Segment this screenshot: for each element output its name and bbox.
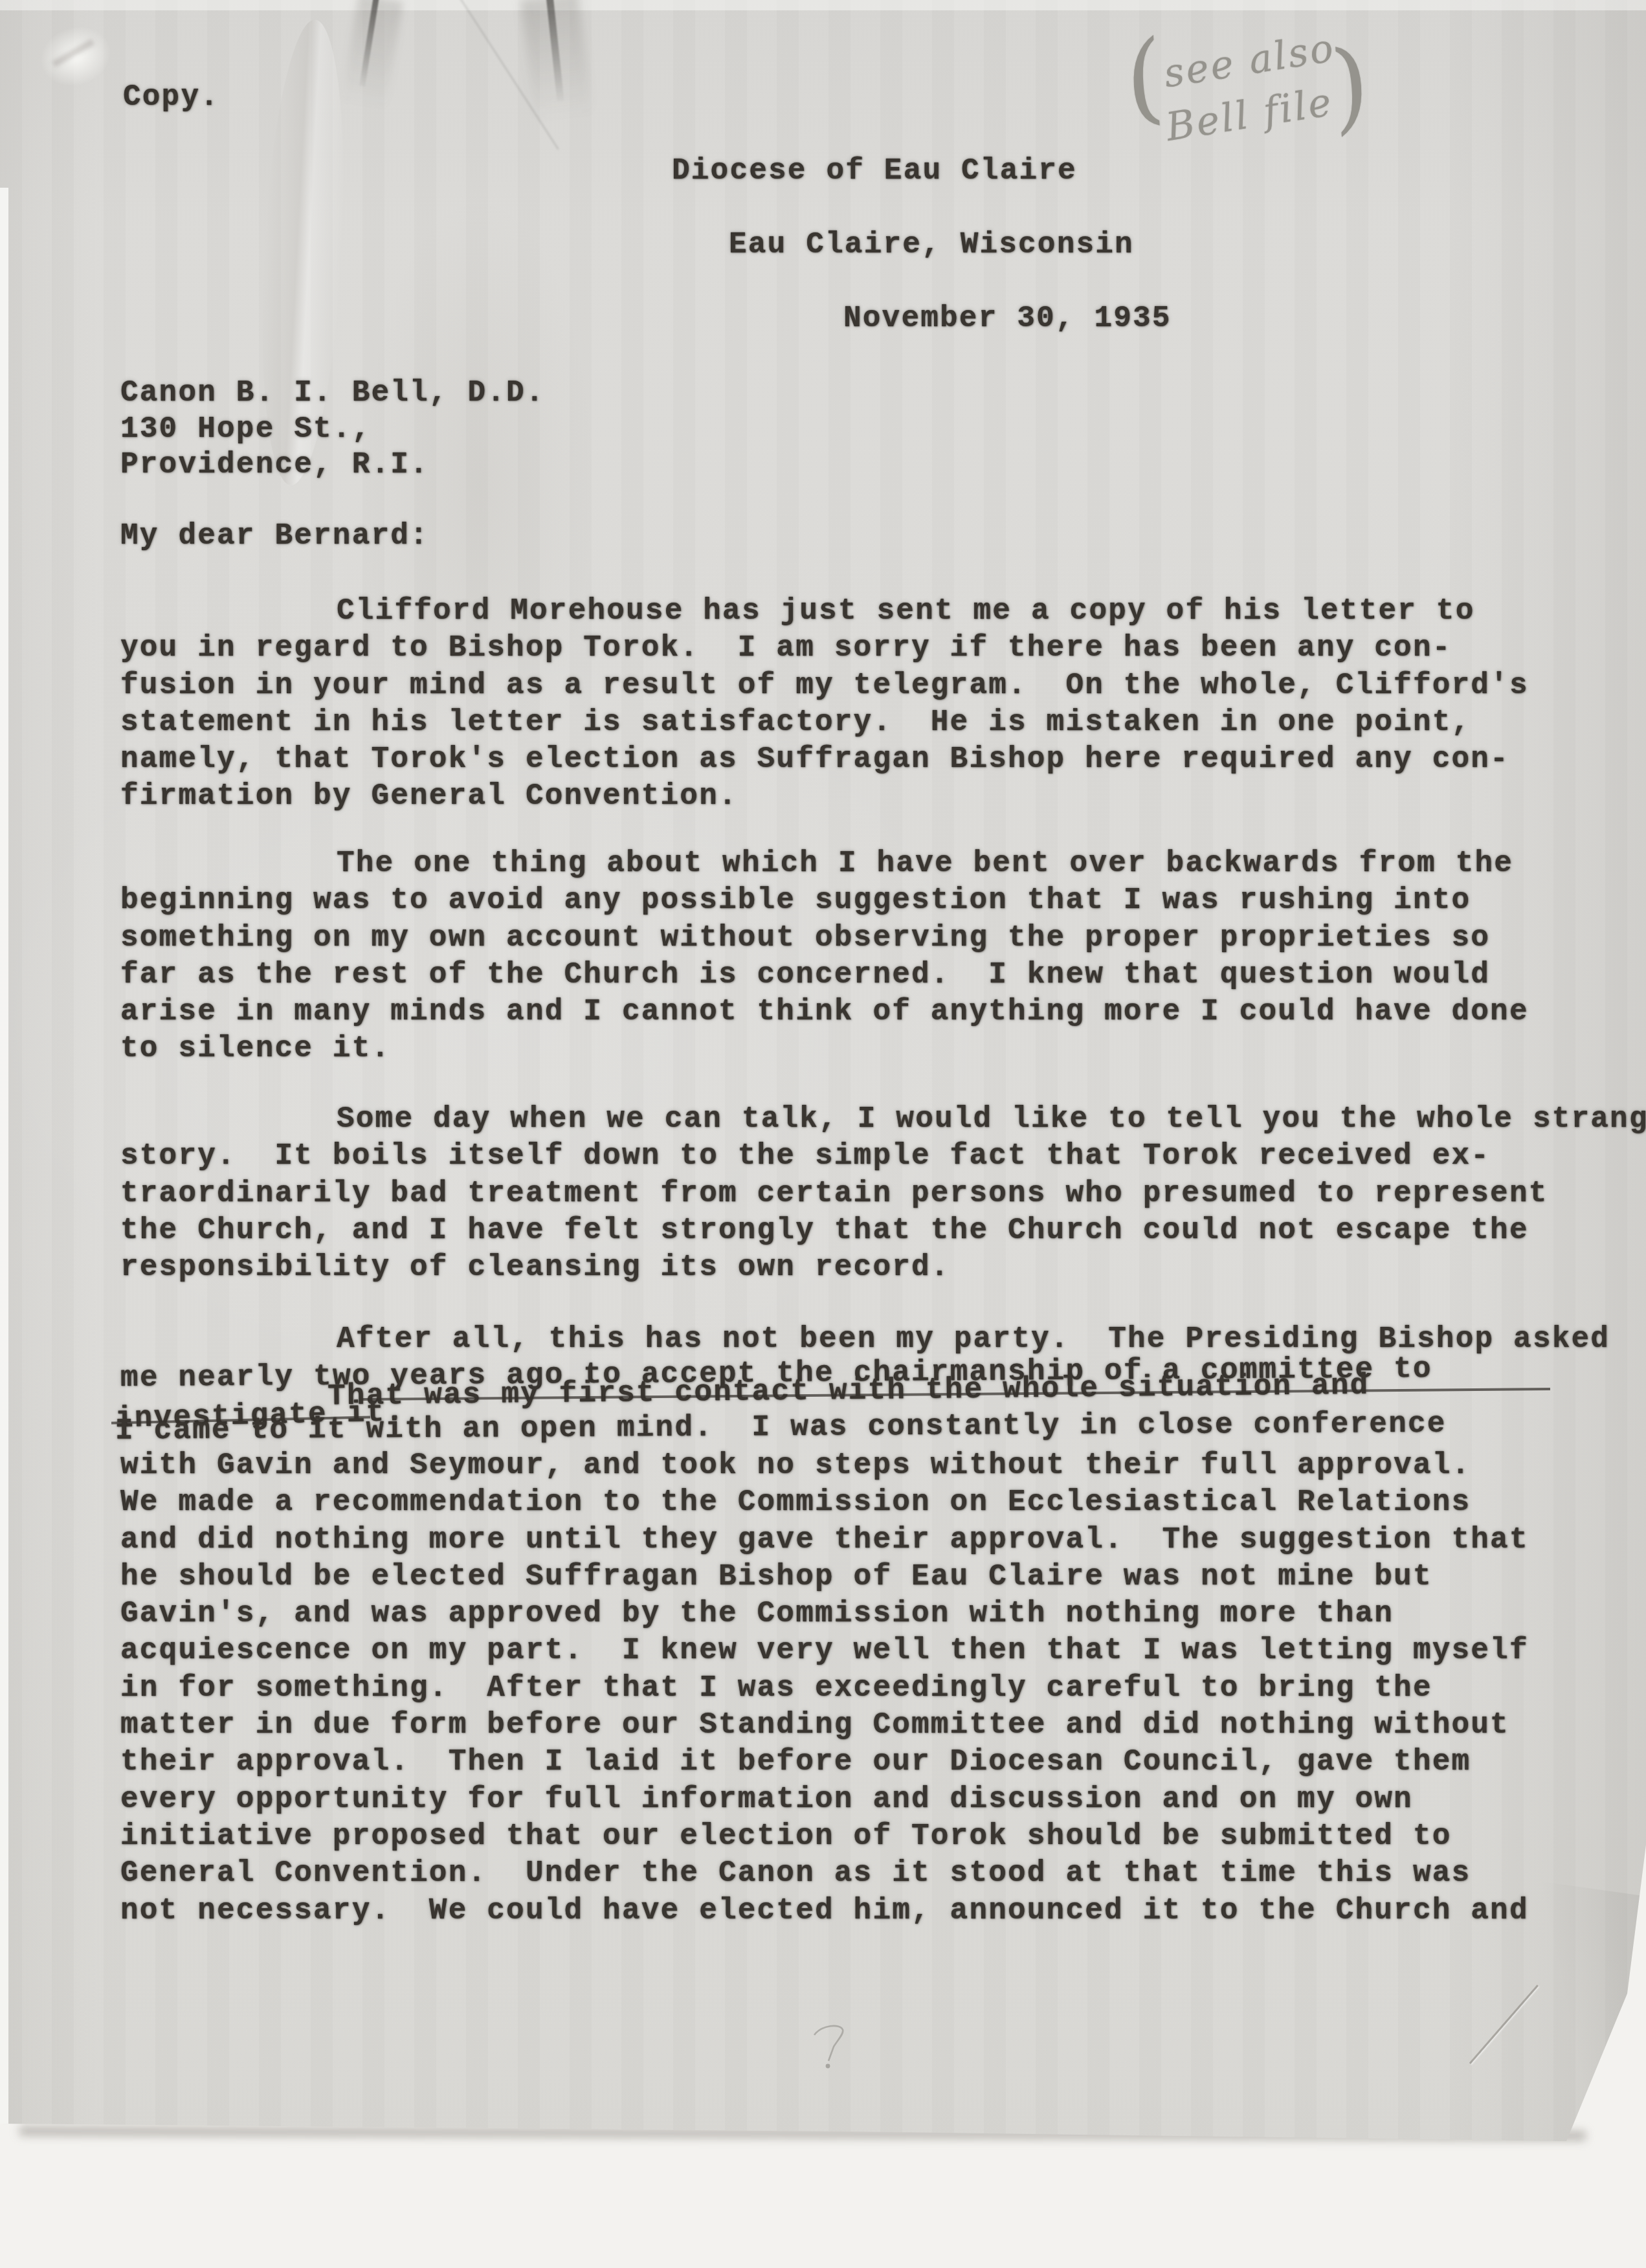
typed-line: you in regard to Bishop Torok. I am sorr…: [120, 630, 1529, 667]
typed-line: to silence it.: [120, 1030, 1529, 1067]
typed-line: every opportunity for full information a…: [120, 1781, 1529, 1818]
typed-line: matter in due form before our Standing C…: [120, 1707, 1529, 1744]
header-location: Eau Claire, Wisconsin: [729, 227, 1134, 263]
typed-line: Some day when we can talk, I would like …: [120, 1101, 1646, 1138]
typed-line: beginning was to avoid any possible sugg…: [120, 882, 1529, 919]
scan-left-edge: [0, 188, 8, 2129]
typed-line: far as the rest of the Church is concern…: [120, 957, 1529, 994]
typed-line: Clifford Morehouse has just sent me a co…: [120, 593, 1529, 630]
typed-line: the Church, and I have felt strongly tha…: [120, 1212, 1646, 1249]
typed-line: fusion in your mind as a result of my te…: [120, 667, 1529, 704]
copy-label: Copy.: [123, 79, 219, 116]
typed-line: Providence, R.I.: [120, 447, 545, 484]
paragraph-2: The one thing about which I have bent ov…: [120, 845, 1529, 1068]
typed-line: responsibility of cleansing its own reco…: [120, 1249, 1646, 1286]
typed-line: initiative proposed that our election of…: [120, 1818, 1529, 1855]
typed-line: 130 Hope St.,: [120, 412, 545, 448]
typed-line: acquiescence on my part. I knew very wel…: [120, 1632, 1529, 1669]
paragraph-4-rest: with Gavin and Seymour, and took no step…: [120, 1447, 1529, 1929]
typed-line: with Gavin and Seymour, and took no step…: [120, 1447, 1529, 1484]
header-organization: Diocese of Eau Claire: [672, 153, 1077, 190]
typed-line: arise in many minds and I cannot think o…: [120, 994, 1529, 1030]
typed-line: We made a recommendation to the Commissi…: [120, 1484, 1529, 1521]
typed-line: story. It boils itself down to the simpl…: [120, 1138, 1646, 1175]
typed-line: and did nothing more until they gave the…: [120, 1522, 1529, 1559]
scanned-letter-scene: Copy. (see also Bell file) Diocese of Ea…: [0, 0, 1646, 2268]
header-date: November 30, 1935: [843, 300, 1172, 337]
typed-line: not necessary. We could have elected him…: [120, 1893, 1529, 1929]
typed-line: General Convention. Under the Canon as i…: [120, 1855, 1529, 1892]
typed-line: he should be elected Suffragan Bishop of…: [120, 1559, 1529, 1595]
paragraph-3: Some day when we can talk, I would like …: [120, 1101, 1646, 1286]
typed-line: in for something. After that I was excee…: [120, 1670, 1529, 1707]
pencil-mark: [808, 2021, 853, 2075]
typed-line: their approval. Then I laid it before ou…: [120, 1744, 1529, 1781]
typed-line: Canon B. I. Bell, D.D.: [120, 375, 545, 412]
typed-line: something on my own account without obse…: [120, 920, 1529, 957]
recipient-block: Canon B. I. Bell, D.D.130 Hope St.,Provi…: [120, 375, 545, 484]
scan-top-edge: [0, 0, 1646, 10]
typed-line: statement in his letter is satisfactory.…: [120, 704, 1529, 741]
salutation: My dear Bernard:: [120, 518, 429, 555]
paragraph-1: Clifford Morehouse has just sent me a co…: [120, 593, 1529, 816]
typed-line: namely, that Torok's election as Suffrag…: [120, 741, 1529, 778]
letter-page: Copy. (see also Bell file) Diocese of Ea…: [0, 0, 1646, 2268]
overstrike-over-line-2: I came to it with an open mind. I was co…: [115, 1406, 1447, 1450]
typed-line: The one thing about which I have bent ov…: [120, 845, 1529, 882]
typed-line: Gavin's, and was approved by the Commiss…: [120, 1595, 1529, 1632]
typed-line: firmation by General Convention.: [120, 778, 1529, 815]
typed-line: traordinarily bad treatment from certain…: [120, 1175, 1646, 1212]
